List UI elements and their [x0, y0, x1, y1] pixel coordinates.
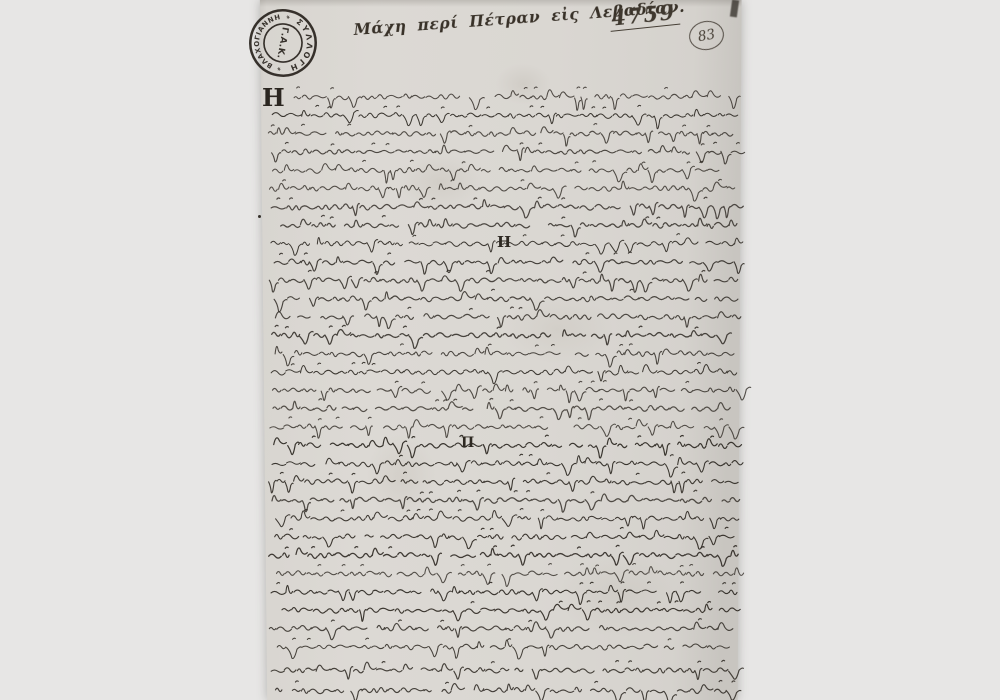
manuscript-line: [269, 472, 738, 493]
manuscript-line: [268, 124, 732, 147]
manuscript-line: [272, 142, 745, 164]
manuscript-line: [276, 509, 739, 529]
manuscript-line: [271, 582, 737, 605]
manuscript-line: [275, 527, 734, 549]
manuscript-line: [274, 289, 738, 312]
manuscript-line: [269, 545, 739, 566]
manuscript-line: [294, 87, 740, 111]
manuscript-line: [272, 325, 732, 348]
manuscript-line: [270, 417, 744, 439]
manuscript-line: [273, 160, 719, 183]
manuscript-line: [271, 197, 743, 218]
manuscript-line: [270, 179, 735, 201]
manuscript-line: [273, 398, 730, 419]
manuscript-line: [282, 601, 740, 622]
manuscript-body: [0, 0, 1000, 700]
manuscript-line: [272, 105, 737, 128]
manuscript-line: [269, 270, 737, 292]
manuscript-line: [269, 619, 732, 640]
manuscript-line: [281, 215, 737, 236]
manuscript-line: [277, 563, 744, 586]
manuscript-line: [274, 252, 744, 274]
photograph-background: ΣΥΛΛΟΓΗ ΒΛΑΧΟΓΙΑΝΝΗ Γ.Α.Κ. * * Μάχη περί…: [0, 0, 1000, 700]
manuscript-line: [272, 490, 740, 512]
manuscript-line: [271, 362, 737, 383]
manuscript-line: [275, 344, 734, 367]
manuscript-line: [276, 680, 741, 700]
manuscript-line: [271, 660, 743, 679]
manuscript-line: [277, 638, 729, 659]
manuscript-line: [272, 454, 743, 477]
manuscript-line: [271, 234, 743, 256]
